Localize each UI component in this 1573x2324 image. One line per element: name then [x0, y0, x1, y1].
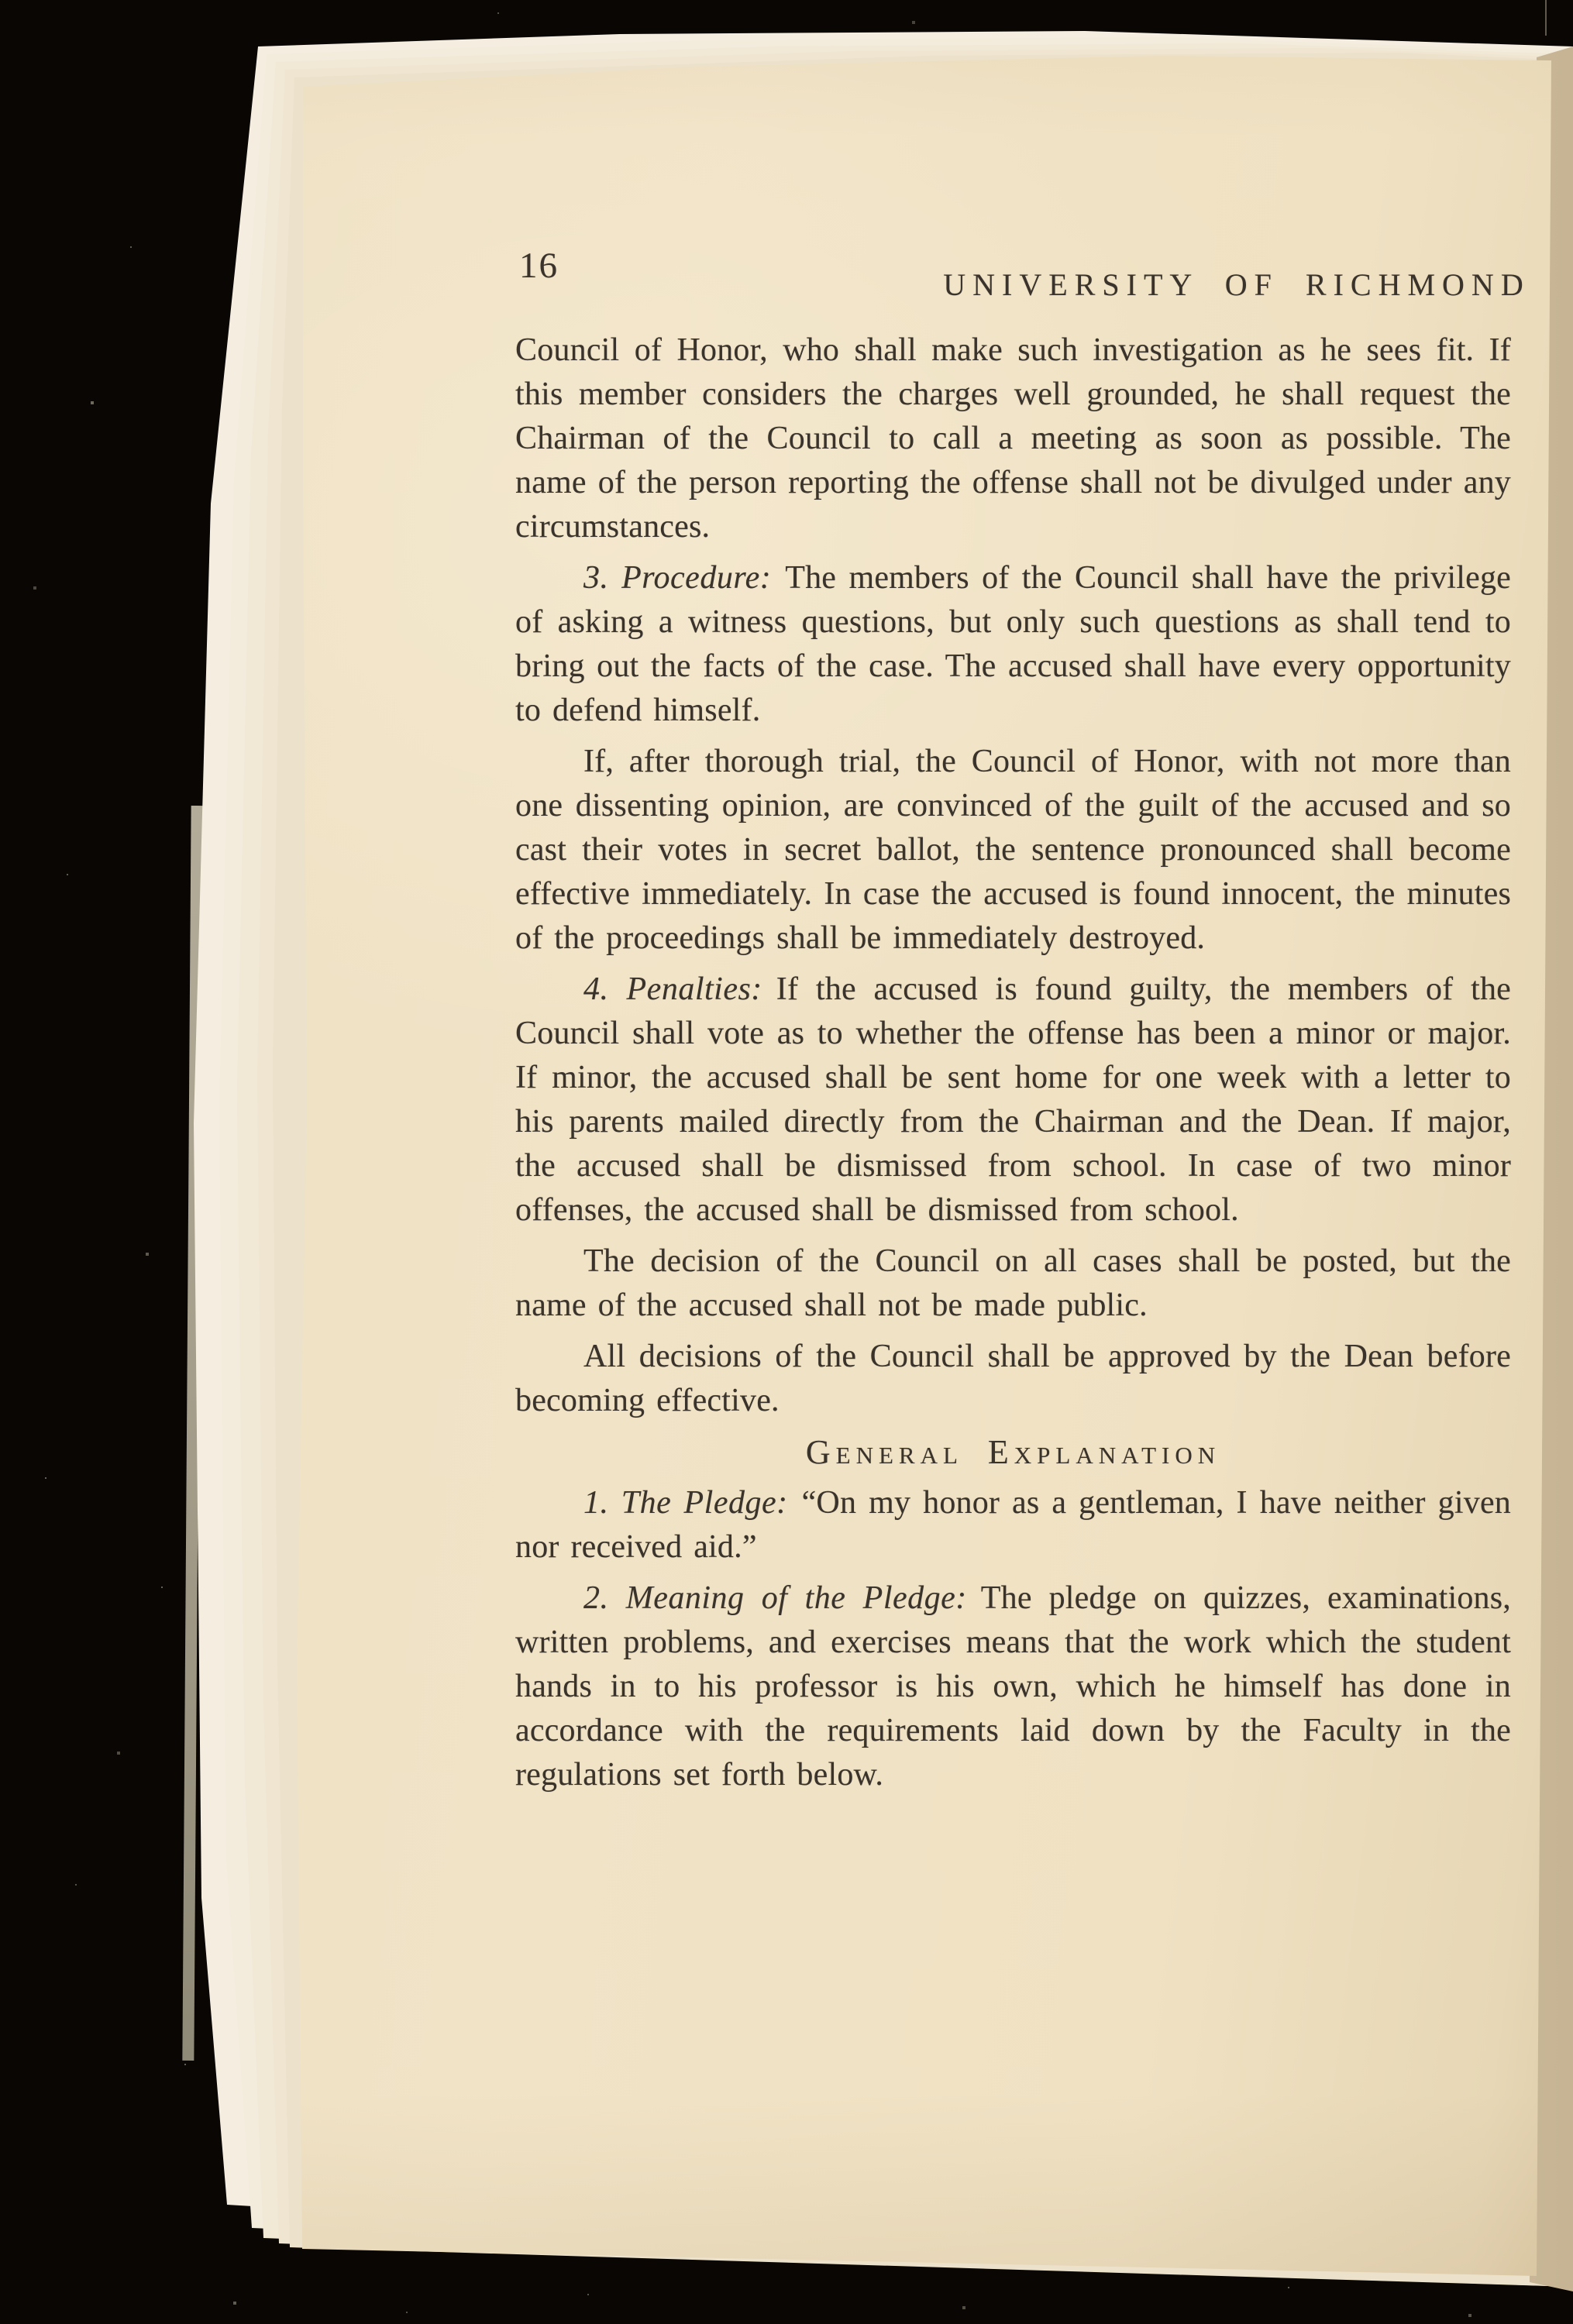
- paragraph-lead: 4. Penalties:: [583, 971, 762, 1007]
- paragraph-lead: 3. Procedure:: [583, 560, 771, 596]
- paragraph-lead: 1. The Pledge:: [583, 1485, 788, 1521]
- paragraph-text: If, after thorough trial, the Council of…: [515, 744, 1511, 956]
- paragraph-the-pledge: 1. The Pledge:“On my honor as a gentlema…: [515, 1481, 1511, 1569]
- scanned-book-photo: 16 UNIVERSITY OF RICHMOND Council of Hon…: [0, 0, 1573, 2324]
- film-scratch: [1545, 0, 1547, 36]
- paragraph-text: If the accused is found guilty, the memb…: [515, 971, 1511, 1228]
- paragraph-lead: 2. Meaning of the Pledge:: [583, 1580, 967, 1616]
- paragraph-meaning-of-pledge: 2. Meaning of the Pledge:The pledge on q…: [515, 1576, 1511, 1797]
- section-heading: General Explanation: [515, 1430, 1511, 1474]
- paragraph-text: All decisions of the Council shall be ap…: [515, 1339, 1511, 1418]
- page-number: 16: [519, 245, 559, 287]
- running-header: UNIVERSITY OF RICHMOND: [922, 266, 1551, 303]
- dust-specks: [0, 0, 2, 2]
- paragraph-dean-approval: All decisions of the Council shall be ap…: [515, 1335, 1511, 1423]
- paragraph-trial: If, after thorough trial, the Council of…: [515, 740, 1511, 961]
- paragraph-decision-posted: The decision of the Council on all cases…: [515, 1239, 1511, 1328]
- paragraph-penalties: 4. Penalties:If the accused is found gui…: [515, 968, 1511, 1232]
- paragraph-council-continuation: Council of Honor, who shall make such in…: [515, 328, 1511, 549]
- paragraph-text: The decision of the Council on all cases…: [515, 1243, 1511, 1323]
- text-block: Council of Honor, who shall make such in…: [515, 328, 1511, 1797]
- paragraph-procedure: 3. Procedure:The members of the Council …: [515, 556, 1511, 733]
- paragraph-text: Council of Honor, who shall make such in…: [515, 332, 1511, 545]
